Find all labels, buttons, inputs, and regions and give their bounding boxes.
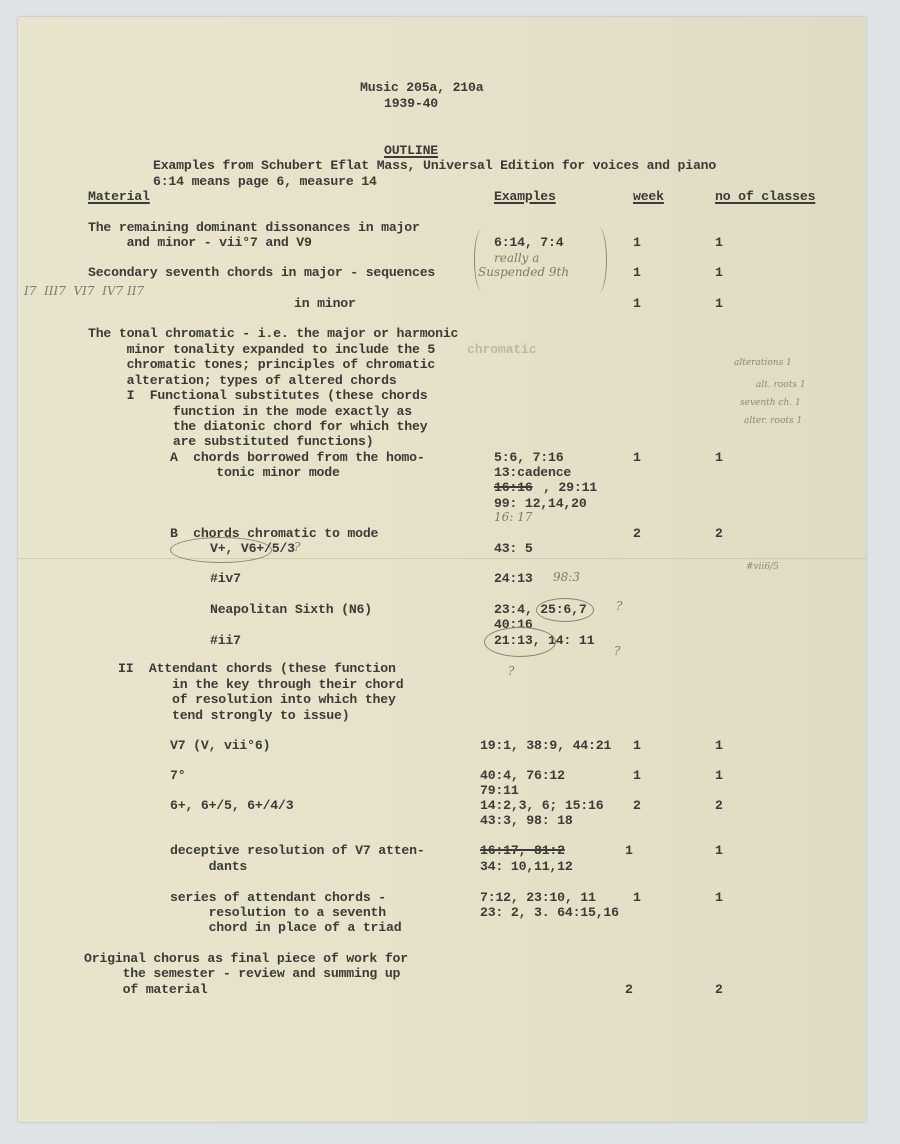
- margin-note: alter. roots 1: [744, 416, 802, 426]
- week-value: 2: [633, 798, 641, 814]
- material-text: chromatic tones; principles of chromatic: [88, 357, 435, 373]
- question-mark: ?: [294, 541, 300, 554]
- material-text: in the key through their chord: [118, 677, 403, 693]
- margin-note: seventh ch. 1: [740, 398, 801, 408]
- example-ref: 19:1, 38:9, 44:21: [480, 738, 611, 754]
- material-text: #iv7: [210, 571, 241, 587]
- question-mark: ?: [614, 645, 620, 658]
- material-text: in minor: [294, 296, 356, 312]
- academic-year: 1939-40: [384, 96, 438, 112]
- paper-fold-line: [18, 558, 866, 559]
- handwritten-example-ref: 16: 17: [494, 511, 532, 524]
- column-header-examples: Examples: [494, 189, 556, 205]
- classes-value: 1: [715, 890, 723, 906]
- example-ref: 79:11: [480, 783, 519, 799]
- citation-key-note: 6:14 means page 6, measure 14: [153, 174, 377, 190]
- document-title: OUTLINE: [384, 143, 438, 159]
- material-text: the semester - review and summing up: [84, 966, 400, 982]
- example-ref: , 29:11: [543, 480, 597, 496]
- classes-value: 1: [715, 235, 723, 251]
- example-ref: 6:14, 7:4: [494, 235, 563, 251]
- week-value: 1: [633, 768, 641, 784]
- material-text: function in the mode exactly as: [88, 404, 412, 420]
- example-ref: 7:12, 23:10, 11: [480, 890, 596, 906]
- example-ref-struck: 16:17, 81:2: [480, 843, 565, 859]
- material-text: V+, V6+/5/3: [210, 541, 295, 557]
- week-value: 1: [633, 296, 641, 312]
- pencil-circle: [536, 598, 594, 622]
- classes-value: 1: [715, 450, 723, 466]
- classes-value: 1: [715, 738, 723, 754]
- faded-text: chromatic: [467, 342, 536, 358]
- material-text: chord in place of a triad: [170, 920, 401, 936]
- material-text: series of attendant chords -: [170, 890, 386, 906]
- example-ref: 14:2,3, 6; 15:16: [480, 798, 603, 814]
- week-value: 1: [633, 450, 641, 466]
- course-number: Music 205a, 210a: [360, 80, 483, 96]
- document-page: Music 205a, 210a 1939-40 OUTLINE Example…: [18, 17, 866, 1122]
- material-text: The tonal chromatic - i.e. the major or …: [88, 326, 458, 342]
- material-text: I Functional substitutes (these chords: [88, 388, 427, 404]
- handwritten-example-ref: 98:3: [553, 571, 580, 584]
- example-ref: 23: 2, 3. 64:15,16: [480, 905, 619, 921]
- example-ref: 5:6, 7:16: [494, 450, 563, 466]
- example-ref: 34: 10,11,12: [480, 859, 573, 875]
- margin-note: #vii6/5: [746, 562, 779, 572]
- handwritten-roman-numerals: I7 III7 VI7 IV7 II7: [24, 285, 144, 298]
- week-value: 1: [625, 843, 633, 859]
- material-text: Secondary seventh chords in major - sequ…: [88, 265, 435, 281]
- handwritten-bracket: [474, 229, 489, 291]
- week-value: 2: [625, 982, 633, 998]
- classes-value: 1: [715, 843, 723, 859]
- material-text: of resolution into which they: [118, 692, 396, 708]
- pencil-circle: [484, 627, 556, 657]
- example-ref-struck: 16:16: [494, 480, 533, 496]
- classes-value: 2: [715, 798, 723, 814]
- material-text: of material: [84, 982, 207, 998]
- question-mark: ?: [616, 600, 622, 613]
- handwritten-bracket: [590, 227, 607, 293]
- week-value: 1: [633, 890, 641, 906]
- material-text: Neapolitan Sixth (N6): [210, 602, 372, 618]
- material-text: dants: [170, 859, 247, 875]
- material-text: alteration; types of altered chords: [88, 373, 397, 389]
- material-text: The remaining dominant dissonances in ma…: [88, 220, 420, 236]
- week-value: 1: [633, 235, 641, 251]
- material-text: minor tonality expanded to include the 5: [88, 342, 435, 358]
- classes-value: 1: [715, 296, 723, 312]
- material-text: 6+, 6+/5, 6+/4/3: [170, 798, 293, 814]
- handwritten-annotation: really a: [494, 252, 539, 265]
- material-text: II Attendant chords (these function: [118, 661, 396, 677]
- classes-value: 2: [715, 526, 723, 542]
- material-text: 7°: [170, 768, 185, 784]
- example-ref: 43: 5: [494, 541, 533, 557]
- classes-value: 1: [715, 265, 723, 281]
- material-text: and minor - vii°7 and V9: [88, 235, 312, 251]
- margin-note: alterations 1: [734, 358, 792, 368]
- example-ref: 13:cadence: [494, 465, 571, 481]
- example-ref: 24:13: [494, 571, 533, 587]
- material-text: Original chorus as final piece of work f…: [84, 951, 408, 967]
- week-value: 1: [633, 265, 641, 281]
- classes-value: 1: [715, 768, 723, 784]
- column-header-material: Material: [88, 189, 150, 205]
- column-header-classes: no of classes: [715, 189, 815, 205]
- material-text: the diatonic chord for which they: [88, 419, 427, 435]
- document-subtitle: Examples from Schubert Eflat Mass, Unive…: [153, 158, 716, 174]
- material-text: resolution to a seventh: [170, 905, 386, 921]
- week-value: 2: [633, 526, 641, 542]
- classes-value: 2: [715, 982, 723, 998]
- material-text: #ii7: [210, 633, 241, 649]
- example-ref: 40:4, 76:12: [480, 768, 565, 784]
- material-text: are substituted functions): [88, 434, 373, 450]
- material-text: deceptive resolution of V7 atten-: [170, 843, 425, 859]
- material-text: tend strongly to issue): [118, 708, 349, 724]
- week-value: 1: [633, 738, 641, 754]
- material-text: V7 (V, vii°6): [170, 738, 270, 754]
- margin-note: alt. roots 1: [756, 380, 806, 390]
- question-mark: ?: [508, 665, 514, 678]
- material-text: A chords borrowed from the homo-: [170, 450, 425, 466]
- handwritten-annotation: Suspended 9th: [478, 266, 569, 279]
- example-ref: 43:3, 98: 18: [480, 813, 573, 829]
- material-text: tonic minor mode: [170, 465, 340, 481]
- column-header-week: week: [633, 189, 664, 205]
